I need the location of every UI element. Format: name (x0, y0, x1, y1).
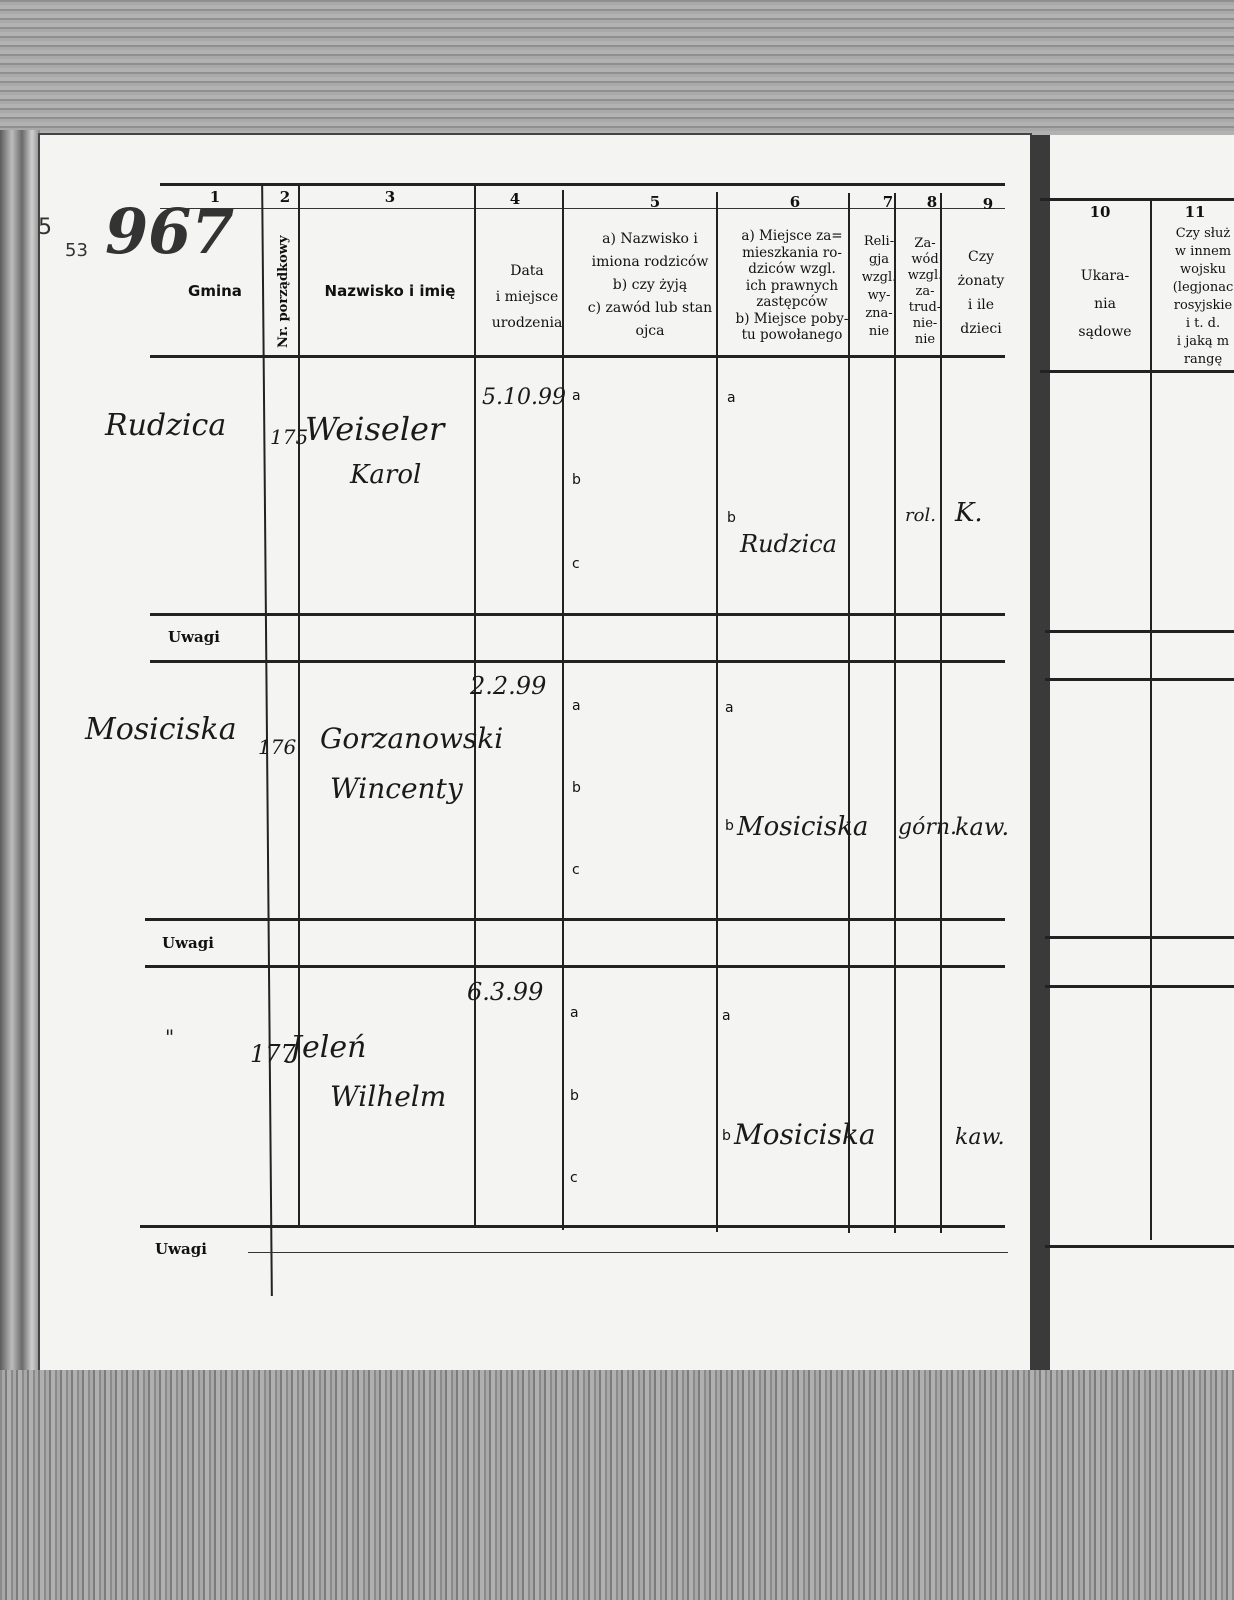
colnum-1: 1 (205, 188, 225, 206)
entry-2-surname: Gorzanowski (320, 722, 503, 755)
header-bottom-rule-right (1040, 370, 1234, 373)
entry-2-gmina: Mosiciska (85, 712, 237, 747)
header-residence: a) Miejsce za= mieszkania ro- dziców wzg… (727, 228, 857, 344)
header-residence-line: mieszkania ro- (727, 245, 857, 262)
entry-2-marital: kaw. (955, 813, 1009, 841)
page-stack-edge (0, 130, 40, 1380)
row-2-bottom-rule (145, 918, 1005, 921)
header-residence-line: a) Miejsce za= (727, 228, 857, 245)
header-parents-line: ojca (574, 320, 726, 343)
header-parents: a) Nazwisko i imiona rodziców b) czy żyj… (574, 228, 726, 343)
entry-3-sub-c: c (570, 1170, 578, 1186)
colnum-4: 4 (505, 190, 525, 208)
header-name: Nazwisko i imię (305, 282, 475, 300)
colnum-2: 2 (275, 188, 295, 206)
entry-1-given-name: Karol (350, 460, 421, 490)
header-top-rule (160, 183, 1005, 186)
header-marital-line: i ile (950, 293, 1012, 317)
header-other-service-line: rangę (1158, 351, 1234, 369)
row-1-bottom-rule (150, 613, 1005, 616)
remarks-3-rule (248, 1252, 1008, 1253)
entry-3-marital: kaw. (955, 1125, 1005, 1150)
header-convictions: Ukara- nia sądowe (1060, 262, 1150, 346)
header-residence-line: b) Miejsce poby- (727, 311, 857, 328)
row-3-bottom-rule (140, 1225, 1005, 1228)
col-divider-8 (940, 193, 942, 1233)
archive-mark-mid: 53 (65, 240, 88, 261)
colnum-5: 5 (645, 193, 665, 211)
entry-3-birth-date: 6.3.99 (467, 978, 543, 1006)
remarks-1-rule (150, 660, 1005, 663)
header-religion-line: nie (859, 323, 899, 341)
header-birth-line: Data (483, 258, 571, 284)
header-marital-line: Czy (950, 245, 1012, 269)
entry-2-sub-b: b (572, 780, 581, 796)
entry-1-sub-a: a (572, 388, 581, 404)
header-religion: Reli- gja wzgl. wy- zna- nie (859, 233, 899, 341)
col-divider-4 (562, 190, 564, 1230)
header-residence-line: ich prawnych (727, 278, 857, 295)
right-row-3-rule (1045, 1245, 1234, 1248)
header-religion-line: gja (859, 251, 899, 269)
colnum-6: 6 (785, 193, 805, 211)
entry-3-sub-b: b (570, 1088, 579, 1104)
right-row-2-rule (1045, 936, 1234, 939)
header-top-rule-right (1040, 198, 1234, 201)
header-gmina: Gmina (170, 282, 260, 300)
colnum-3: 3 (380, 188, 400, 206)
header-residence-line: tu powołanego (727, 327, 857, 344)
header-birth-line: i miejsce (483, 284, 571, 310)
entry-1-res-b: b (727, 510, 736, 526)
header-other-service-line: i t. d. (1158, 315, 1234, 333)
background-bottom (0, 1370, 1234, 1600)
colnum-9: 9 (978, 195, 998, 213)
header-religion-line: wzgl. (859, 269, 899, 287)
header-religion-line: Reli- (859, 233, 899, 251)
entry-3-gmina-ditto: " (165, 1025, 174, 1049)
colnum-11: 11 (1180, 203, 1210, 221)
entry-1-birth-date: 5.10.99 (482, 385, 566, 410)
remarks-label-3: Uwagi (155, 1240, 207, 1258)
entry-3-residence: Mosiciska (734, 1118, 876, 1151)
colnum-10: 10 (1085, 203, 1115, 221)
right-remarks-1-rule (1045, 678, 1234, 681)
header-bottom-rule (150, 355, 1005, 358)
entry-3-res-a: a (722, 1008, 731, 1024)
header-marital: Czy żonaty i ile dzieci (950, 245, 1012, 341)
header-other-service-line: (legjonac (1158, 279, 1234, 297)
entry-3-given-name: Wilhelm (330, 1080, 446, 1113)
col-divider-3 (474, 186, 476, 1226)
header-other-service-line: Czy służ (1158, 225, 1234, 243)
header-parents-line: imiona rodziców (574, 251, 726, 274)
entry-1-sub-c: c (572, 556, 580, 572)
entry-1-res-a: a (727, 390, 736, 406)
header-nr: Nr. porządkowy (276, 218, 291, 348)
col-divider-10 (1150, 200, 1152, 1240)
header-birth-line: urodzenia (483, 310, 571, 336)
entry-2-given-name: Wincenty (330, 772, 463, 805)
header-parents-line: a) Nazwisko i (574, 228, 726, 251)
header-marital-line: dzieci (950, 317, 1012, 341)
entry-1-occupation: rol. (905, 505, 936, 526)
header-other-service-line: w innem (1158, 243, 1234, 261)
header-parents-line: c) zawód lub stan (574, 297, 726, 320)
header-convictions-line: Ukara- (1060, 262, 1150, 290)
remarks-label-1: Uwagi (168, 628, 220, 646)
entry-2-sub-c: c (572, 862, 580, 878)
entry-3-surname: Jeleń (290, 1030, 366, 1065)
entry-2-res-b: b (725, 818, 734, 834)
entry-3-sub-a: a (570, 1005, 579, 1021)
col-divider-7 (894, 193, 896, 1233)
entry-2-occupation: górn. (898, 815, 957, 840)
remarks-2-rule (145, 965, 1005, 968)
header-other-service-line: wojsku (1158, 261, 1234, 279)
colnum-8: 8 (922, 193, 942, 211)
header-residence-line: zastępców (727, 294, 857, 311)
entry-2-residence: Mosiciska (737, 812, 868, 842)
header-residence-line: dziców wzgl. (727, 261, 857, 278)
header-convictions-line: sądowe (1060, 318, 1150, 346)
col-divider-6 (848, 193, 850, 1233)
header-religion-line: wy- (859, 287, 899, 305)
header-other-service-line: rosyjskie (1158, 297, 1234, 315)
entry-2-sub-a: a (572, 698, 581, 714)
header-other-service: Czy służ w innem wojsku (legjonac rosyjs… (1158, 225, 1234, 369)
entry-1-surname: Weiseler (305, 410, 444, 448)
entry-1-gmina: Rudzica (105, 408, 226, 443)
background-top (0, 0, 1234, 140)
col-divider-5 (716, 192, 718, 1232)
book-gutter (1030, 135, 1050, 1385)
header-convictions-line: nia (1060, 290, 1150, 318)
entry-2-birth-date: 2.2.99 (470, 672, 546, 700)
header-religion-line: zna- (859, 305, 899, 323)
col-divider-2 (298, 186, 300, 1226)
entry-3-res-b: b (722, 1128, 731, 1144)
entry-1-residence: Rudzica (740, 530, 837, 558)
entry-1-nr: 175 (270, 425, 308, 449)
archive-mark-small: 5 (38, 215, 52, 240)
header-parents-line: b) czy żyją (574, 274, 726, 297)
entry-2-nr: 176 (258, 735, 296, 759)
header-birth: Data i miejsce urodzenia (483, 258, 571, 336)
right-remarks-2-rule (1045, 985, 1234, 988)
remarks-label-2: Uwagi (162, 934, 214, 952)
right-row-1-rule (1045, 630, 1234, 633)
header-marital-line: żonaty (950, 269, 1012, 293)
entry-1-sub-b: b (572, 472, 581, 488)
entry-3-nr: 177 (250, 1040, 296, 1068)
entry-2-res-a: a (725, 700, 734, 716)
header-other-service-line: i jaką m (1158, 333, 1234, 351)
entry-1-marital: K. (955, 498, 983, 528)
